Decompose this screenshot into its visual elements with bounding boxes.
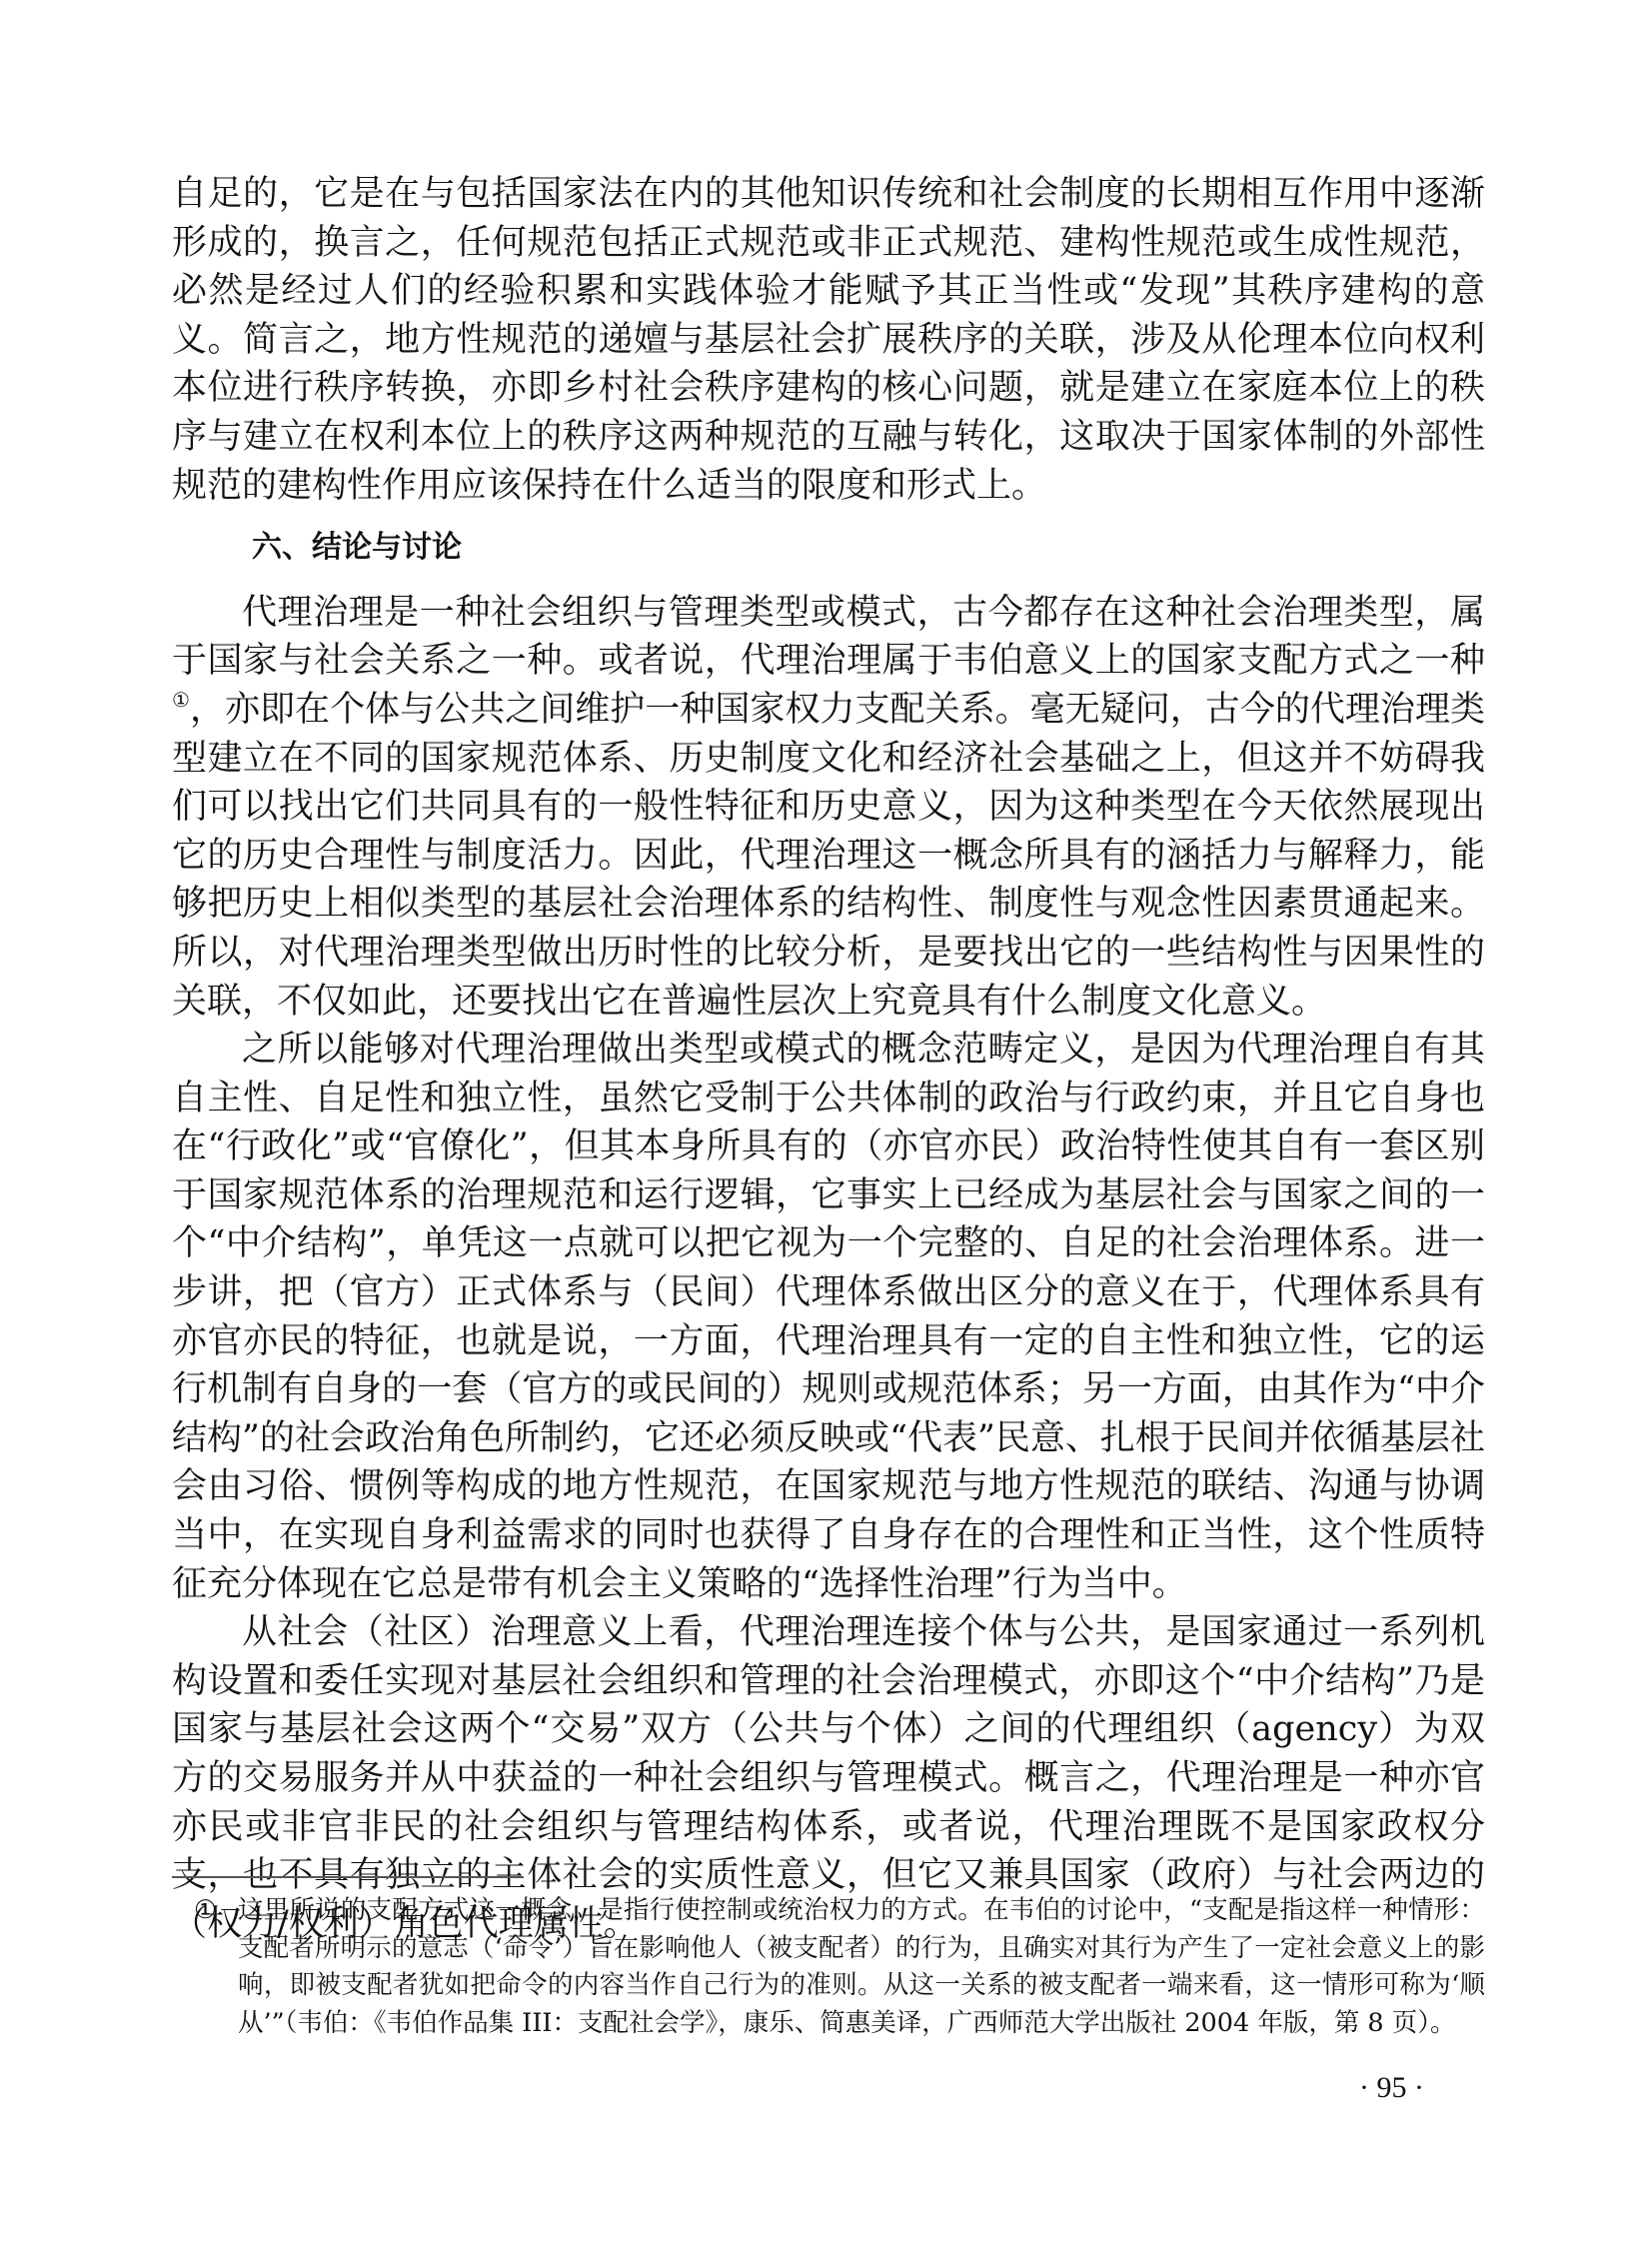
paragraph-1: 代理治理是一种社会组织与管理类型或模式，古今都存在这种社会治理类型，属于国家与社… <box>172 589 1485 1026</box>
footnote-1: ① 这里所说的支配方式这一概念，是指行使控制或统治权力的方式。在韦伯的讨论中，“… <box>172 1892 1485 2042</box>
page-number: · 95 · <box>1359 2068 1424 2108</box>
page-body: 自足的，它是在与包括国家法在内的其他知识传统和社会制度的长期相互作用中逐渐形成的… <box>172 170 1485 1948</box>
paragraph-1-text-before-ref: 代理治理是一种社会组织与管理类型或模式，古今都存在这种社会治理类型，属于国家与社… <box>172 593 1485 682</box>
paragraph-1-text-after-ref: ，亦即在个体与公共之间维护一种国家权力支配关系。毫无疑问，古今的代理治理类型建立… <box>172 690 1485 1022</box>
opening-paragraph: 自足的，它是在与包括国家法在内的其他知识传统和社会制度的长期相互作用中逐渐形成的… <box>172 170 1485 510</box>
section-heading: 六、结论与讨论 <box>172 524 1485 573</box>
footnote-1-marker: ① <box>194 1892 217 1930</box>
footnote-1-text: 这里所说的支配方式这一概念，是指行使控制或统治权力的方式。在韦伯的讨论中，“支配… <box>238 1895 1485 2038</box>
footnotes: ① 这里所说的支配方式这一概念，是指行使控制或统治权力的方式。在韦伯的讨论中，“… <box>172 1892 1485 2042</box>
paragraph-2: 之所以能够对代理治理做出类型或模式的概念范畴定义，是因为代理治理自有其自主性、自… <box>172 1026 1485 1608</box>
footnote-reference-1[interactable]: ① <box>172 688 190 712</box>
body-text: 自足的，它是在与包括国家法在内的其他知识传统和社会制度的长期相互作用中逐渐形成的… <box>172 170 1485 1948</box>
footnote-divider <box>172 1876 524 1878</box>
